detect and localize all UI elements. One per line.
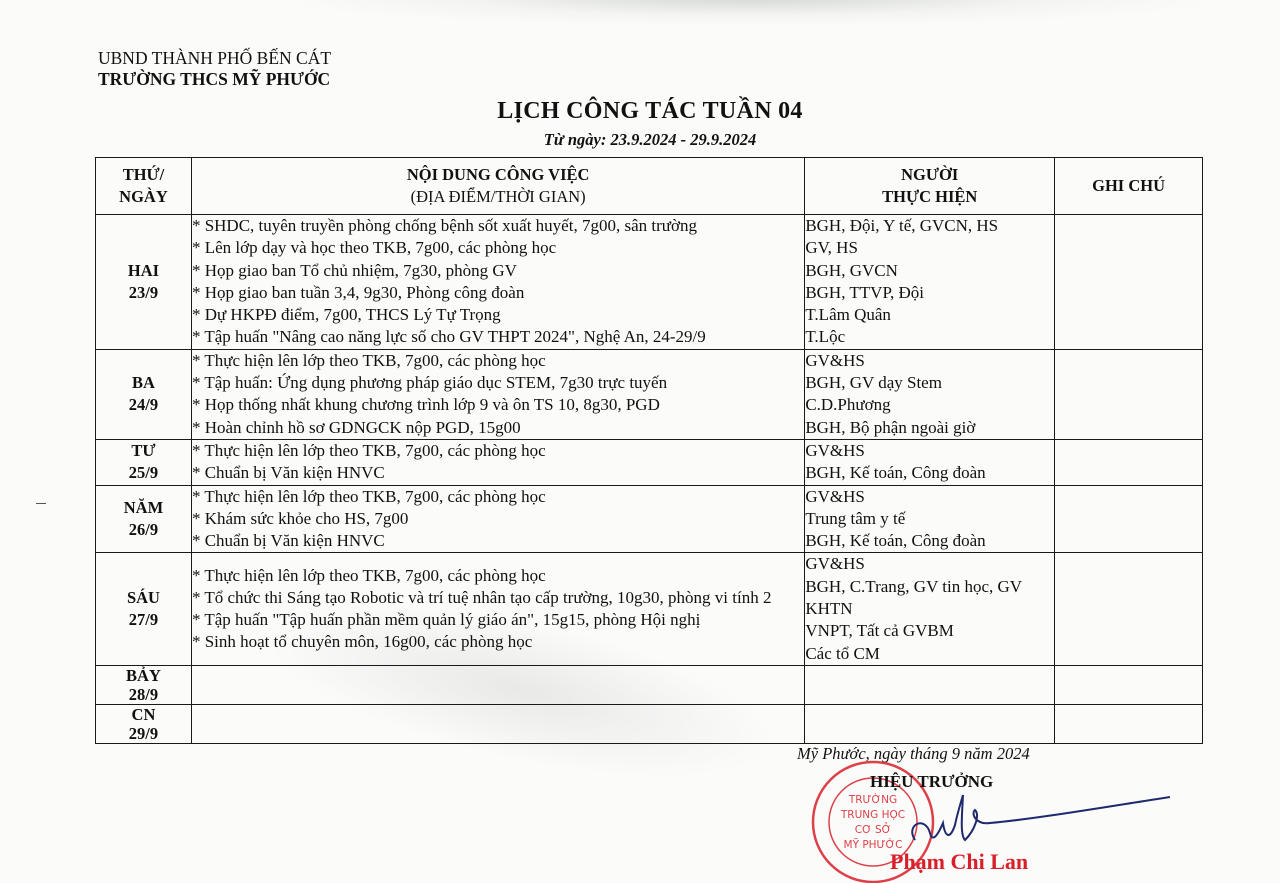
assignee-item: BGH, Kế toán, Công đoàn [805, 462, 1054, 484]
org-line-2: TRƯỜNG THCS MỸ PHƯỚC [98, 69, 331, 90]
assignee-item: BGH, GVCN [805, 260, 1054, 282]
assignee-cell: GV&HSBGH, GV dạy StemC.D.PhươngBGH, Bộ p… [805, 349, 1055, 439]
assignee-item: Các tổ CM [805, 643, 1054, 665]
task-item: * Thực hiện lên lớp theo TKB, 7g00, các … [192, 440, 804, 462]
organization-header: UBND THÀNH PHỐ BẾN CÁT TRƯỜNG THCS MỸ PH… [98, 48, 331, 90]
table-row: BẢY28/9 [96, 665, 1203, 704]
table-row: TƯ25/9* Thực hiện lên lớp theo TKB, 7g00… [96, 439, 1203, 485]
place-date: Mỹ Phước, ngày tháng 9 năm 2024 [797, 744, 1030, 764]
task-item: * Lên lớp dạy và học theo TKB, 7g00, các… [192, 237, 804, 259]
task-item: * Tập huấn: Ứng dụng phương pháp giáo dụ… [192, 372, 804, 394]
weekday-label: BA [96, 372, 191, 394]
assignee-item: BGH, Bộ phận ngoài giờ [805, 417, 1054, 439]
header-note-label: GHI CHÚ [1055, 175, 1202, 197]
assignee-item: GV, HS [805, 237, 1054, 259]
assignee-item: BGH, Kế toán, Công đoàn [805, 530, 1054, 552]
assignee-item: BGH, C.Trang, GV tin học, GV KHTN [805, 576, 1054, 621]
header-task: NỘI DUNG CÔNG VIỆC (ĐỊA ĐIỂM/THỜI GIAN) [191, 158, 804, 215]
task-item: * Chuẩn bị Văn kiện HNVC [192, 462, 804, 484]
svg-text:TRƯỜNG: TRƯỜNG [848, 793, 897, 806]
table-row: SÁU27/9* Thực hiện lên lớp theo TKB, 7g0… [96, 553, 1203, 665]
scan-mark [36, 503, 46, 504]
date-label: 24/9 [96, 394, 191, 416]
assignee-item: BGH, TTVP, Đội [805, 282, 1054, 304]
task-item: * Thực hiện lên lớp theo TKB, 7g00, các … [192, 565, 804, 587]
day-cell: TƯ25/9 [96, 439, 192, 485]
weekday-label: SÁU [96, 587, 191, 609]
task-item: * Sinh hoạt tổ chuyên môn, 16g00, các ph… [192, 631, 804, 653]
day-cell: SÁU27/9 [96, 553, 192, 665]
day-cell: BẢY28/9 [96, 665, 192, 704]
task-item: * Tập huấn "Nâng cao năng lực số cho GV … [192, 326, 804, 348]
task-item: * Tổ chức thi Sáng tạo Robotic và trí tu… [192, 587, 804, 609]
header-task-line-2: (ĐỊA ĐIỂM/THỜI GIAN) [192, 186, 804, 208]
assignee-item: GV&HS [805, 440, 1054, 462]
svg-text:CƠ SỞ: CƠ SỞ [855, 822, 892, 836]
document-title: LỊCH CÔNG TÁC TUẦN 04 [0, 98, 1280, 125]
note-cell [1055, 215, 1203, 350]
task-cell [191, 665, 804, 704]
assignee-item: T.Lộc [805, 326, 1054, 348]
task-item: * Chuẩn bị Văn kiện HNVC [192, 530, 804, 552]
task-cell: * SHDC, tuyên truyền phòng chống bệnh số… [191, 215, 804, 350]
weekday-label: BẢY [96, 666, 191, 685]
paper-shadow [300, 0, 1200, 25]
day-cell: HAI23/9 [96, 215, 192, 350]
date-label: 23/9 [96, 282, 191, 304]
table-row: HAI23/9* SHDC, tuyên truyền phòng chống … [96, 215, 1203, 350]
task-item: * Tập huấn "Tập huấn phần mềm quản lý gi… [192, 609, 804, 631]
header-task-line-1: NỘI DUNG CÔNG VIỆC [192, 164, 804, 186]
schedule-body: HAI23/9* SHDC, tuyên truyền phòng chống … [96, 215, 1203, 744]
task-item: * Họp thống nhất khung chương trình lớp … [192, 394, 804, 416]
note-cell [1055, 485, 1203, 553]
task-item: * SHDC, tuyên truyền phòng chống bệnh số… [192, 215, 804, 237]
task-item: * Thực hiện lên lớp theo TKB, 7g00, các … [192, 350, 804, 372]
weekday-label: TƯ [96, 440, 191, 462]
header-who-line-1: NGƯỜI [805, 164, 1054, 186]
date-label: 25/9 [96, 462, 191, 484]
date-range: Từ ngày: 23.9.2024 - 29.9.2024 [0, 130, 1280, 150]
header-day-line-2: NGÀY [96, 186, 191, 208]
task-item: * Thực hiện lên lớp theo TKB, 7g00, các … [192, 486, 804, 508]
assignee-item: GV&HS [805, 486, 1054, 508]
note-cell [1055, 704, 1203, 743]
date-label: 28/9 [96, 685, 191, 704]
assignee-item: BGH, Đội, Y tế, GVCN, HS [805, 215, 1054, 237]
assignee-item: GV&HS [805, 350, 1054, 372]
note-cell [1055, 439, 1203, 485]
date-label: 26/9 [96, 519, 191, 541]
org-line-1: UBND THÀNH PHỐ BẾN CÁT [98, 48, 331, 69]
header-who: NGƯỜI THỰC HIỆN [805, 158, 1055, 215]
assignee-item: Trung tâm y tế [805, 508, 1054, 530]
weekday-label: HAI [96, 260, 191, 282]
date-label: 29/9 [96, 724, 191, 743]
assignee-item: C.D.Phương [805, 394, 1054, 416]
task-item: * Hoàn chỉnh hồ sơ GDNGCK nộp PGD, 15g00 [192, 417, 804, 439]
day-cell: CN29/9 [96, 704, 192, 743]
table-row: CN29/9 [96, 704, 1203, 743]
header-who-line-2: THỰC HIỆN [805, 186, 1054, 208]
header-note: GHI CHÚ [1055, 158, 1203, 215]
assignee-item: VNPT, Tất cả GVBM [805, 620, 1054, 642]
task-item: * Họp giao ban Tổ chủ nhiệm, 7g30, phòng… [192, 260, 804, 282]
assignee-cell: BGH, Đội, Y tế, GVCN, HSGV, HSBGH, GVCNB… [805, 215, 1055, 350]
header-day: THỨ/ NGÀY [96, 158, 192, 215]
task-cell [191, 704, 804, 743]
signer-role: HIỆU TRƯỞNG [870, 772, 993, 792]
assignee-cell: GV&HSTrung tâm y tếBGH, Kế toán, Công đo… [805, 485, 1055, 553]
assignee-cell: GV&HSBGH, C.Trang, GV tin học, GV KHTNVN… [805, 553, 1055, 665]
note-cell [1055, 665, 1203, 704]
assignee-cell: GV&HSBGH, Kế toán, Công đoàn [805, 439, 1055, 485]
day-cell: BA24/9 [96, 349, 192, 439]
task-item: * Dự HKPĐ điểm, 7g00, THCS Lý Tự Trọng [192, 304, 804, 326]
assignee-item: T.Lâm Quân [805, 304, 1054, 326]
assignee-cell [805, 704, 1055, 743]
assignee-item: GV&HS [805, 553, 1054, 575]
svg-text:TRUNG HỌC: TRUNG HỌC [840, 809, 905, 821]
note-cell [1055, 349, 1203, 439]
signature-icon [905, 785, 1175, 855]
table-row: BA24/9* Thực hiện lên lớp theo TKB, 7g00… [96, 349, 1203, 439]
assignee-item: BGH, GV dạy Stem [805, 372, 1054, 394]
task-item: * Họp giao ban tuần 3,4, 9g30, Phòng côn… [192, 282, 804, 304]
table-header-row: THỨ/ NGÀY NỘI DUNG CÔNG VIỆC (ĐỊA ĐIỂM/T… [96, 158, 1203, 215]
signer-name: Phạm Chi Lan [890, 849, 1028, 875]
header-day-line-1: THỨ/ [96, 164, 191, 186]
task-cell: * Thực hiện lên lớp theo TKB, 7g00, các … [191, 553, 804, 665]
task-cell: * Thực hiện lên lớp theo TKB, 7g00, các … [191, 439, 804, 485]
task-cell: * Thực hiện lên lớp theo TKB, 7g00, các … [191, 485, 804, 553]
assignee-cell [805, 665, 1055, 704]
date-label: 27/9 [96, 609, 191, 631]
schedule-table: THỨ/ NGÀY NỘI DUNG CÔNG VIỆC (ĐỊA ĐIỂM/T… [95, 157, 1203, 744]
task-item: * Khám sức khỏe cho HS, 7g00 [192, 508, 804, 530]
note-cell [1055, 553, 1203, 665]
day-cell: NĂM26/9 [96, 485, 192, 553]
task-cell: * Thực hiện lên lớp theo TKB, 7g00, các … [191, 349, 804, 439]
table-row: NĂM26/9* Thực hiện lên lớp theo TKB, 7g0… [96, 485, 1203, 553]
weekday-label: CN [96, 705, 191, 724]
weekday-label: NĂM [96, 497, 191, 519]
